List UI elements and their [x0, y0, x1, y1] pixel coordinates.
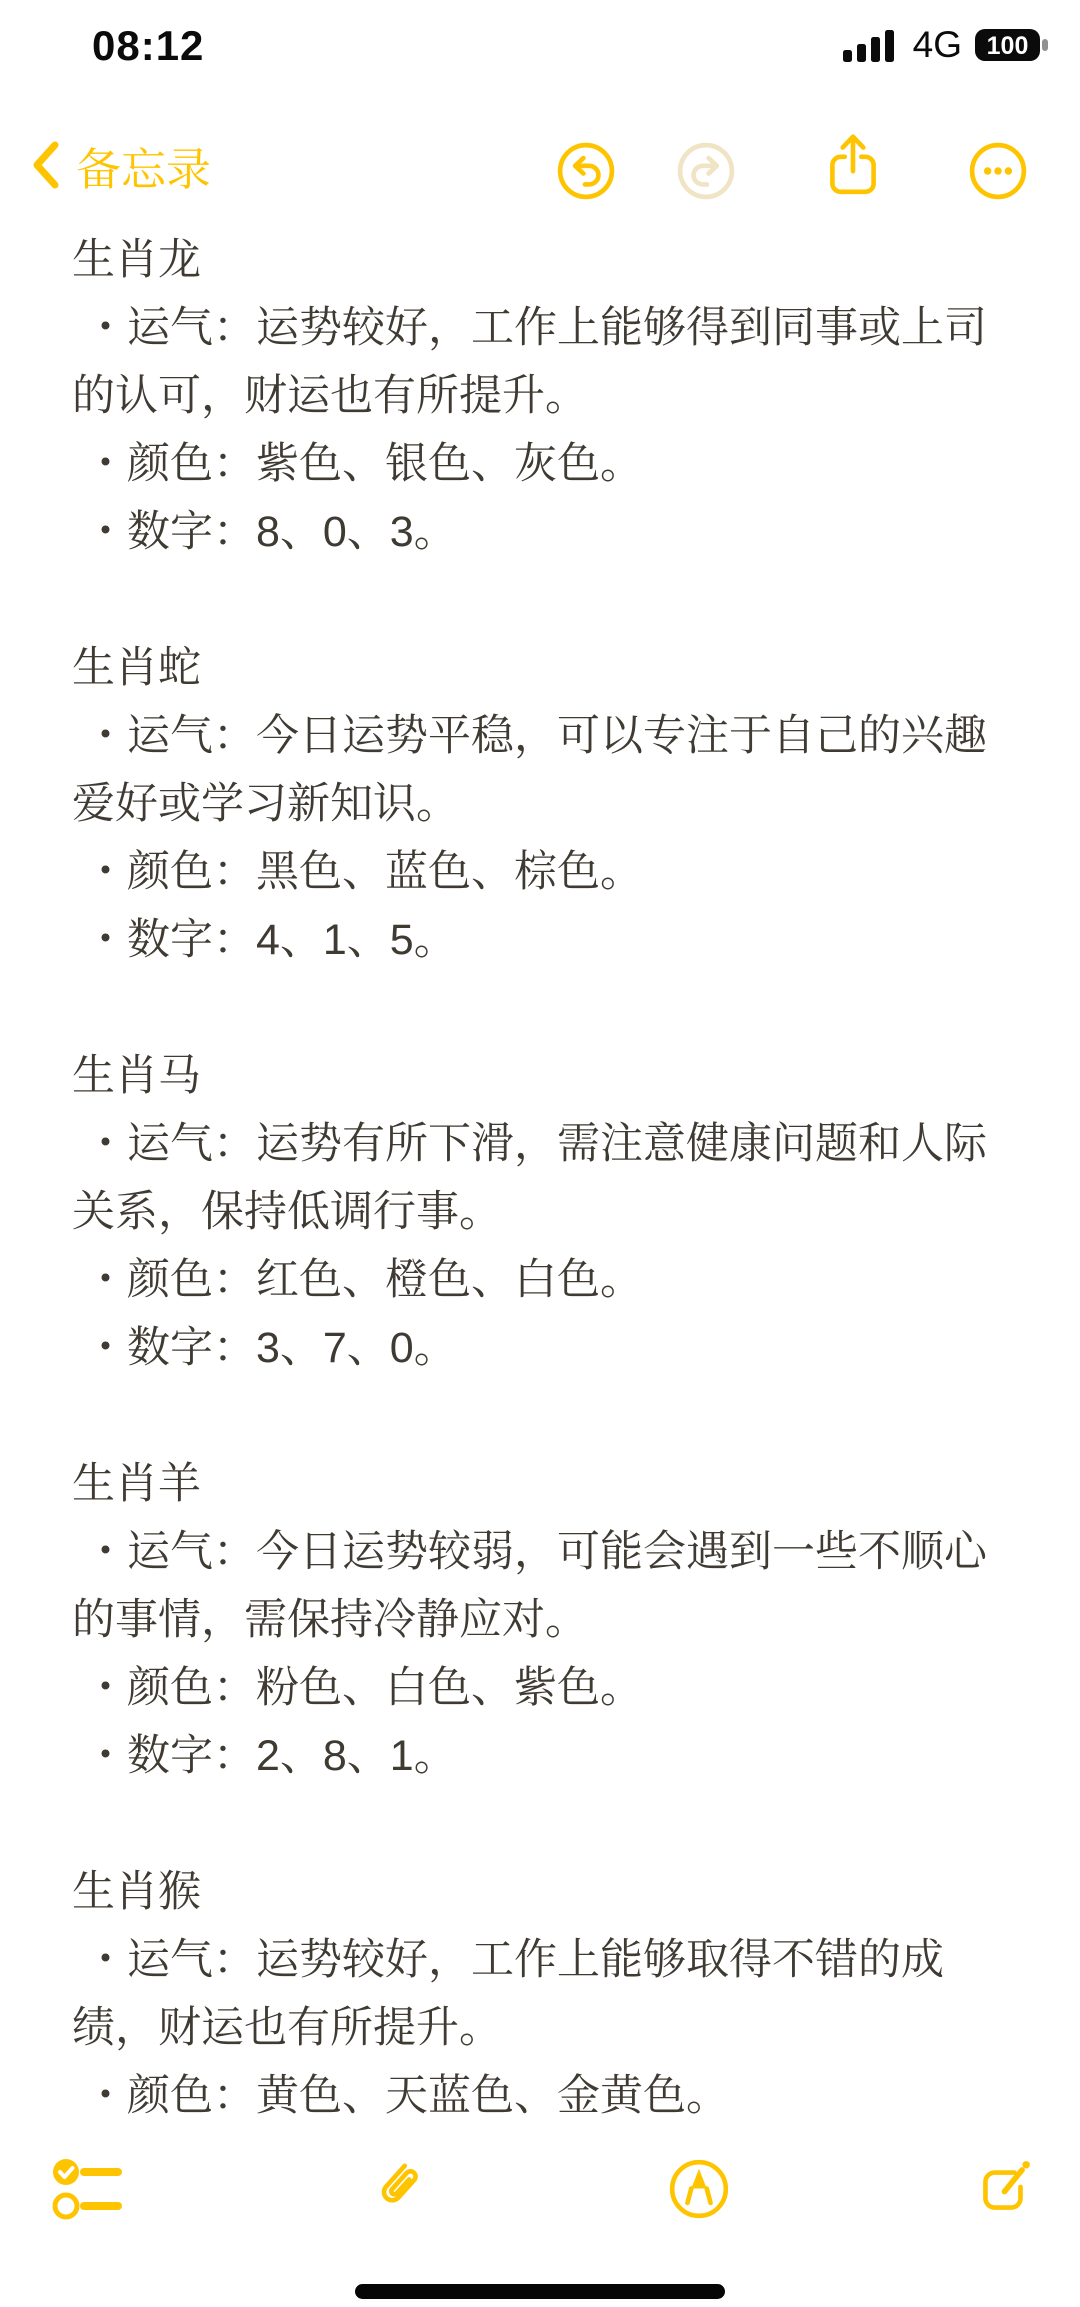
note-section: 生肖羊 ・运气：今日运势较弱，可能会遇到一些不顺心的事情，需保持冷静应对。 ・颜… [72, 1450, 1040, 1790]
note-section: 生肖蛇 ・运气：今日运势平稳，可以专注于自己的兴趣爱好或学习新知识。 ・颜色：黑… [72, 634, 1040, 974]
compose-icon [970, 2156, 1038, 2222]
note-line[interactable]: ・数字：8、0、3。 [72, 498, 1040, 566]
note-section-title[interactable]: 生肖猴 [72, 1858, 1040, 1926]
more-ellipsis-icon [969, 142, 1029, 200]
note-line[interactable]: ・运气：今日运势较弱，可能会遇到一些不顺心 [72, 1518, 1040, 1586]
undo-button[interactable] [557, 138, 617, 204]
attachment-button[interactable] [362, 2156, 428, 2222]
note-line[interactable]: ・颜色：红色、橙色、白色。 [72, 1246, 1040, 1314]
markup-button[interactable] [666, 2156, 732, 2222]
note-line[interactable]: ・数字：3、7、0。 [72, 1314, 1040, 1382]
back-button[interactable]: 备忘录 [30, 100, 211, 230]
note-section: 生肖龙 ・运气：运势较好，工作上能够得到同事或上司的认可，财运也有所提升。 ・颜… [72, 226, 1040, 566]
note-section-title[interactable]: 生肖龙 [72, 226, 1040, 294]
share-icon [824, 130, 884, 198]
note-line[interactable]: ・数字：2、8、1。 [72, 1722, 1040, 1790]
note-line[interactable]: 爱好或学习新知识。 [72, 770, 1040, 838]
note-line[interactable]: ・颜色：黄色、天蓝色、金黄色。 [72, 2062, 1040, 2130]
note-line[interactable]: 绩，财运也有所提升。 [72, 1994, 1040, 2062]
note-line[interactable]: ・颜色：紫色、银色、灰色。 [72, 430, 1040, 498]
markup-pen-icon [666, 2156, 732, 2222]
note-editor[interactable]: 生肖龙 ・运气：运势较好，工作上能够得到同事或上司的认可，财运也有所提升。 ・颜… [72, 226, 1040, 2198]
paperclip-icon [362, 2156, 428, 2222]
bottom-toolbar [0, 2150, 1080, 2250]
redo-icon [677, 142, 737, 200]
note-line[interactable]: 的认可，财运也有所提升。 [72, 362, 1040, 430]
note-section: 生肖马 ・运气：运势有所下滑，需注意健康问题和人际关系，保持低调行事。 ・颜色：… [72, 1042, 1040, 1382]
battery-percent-text: 100 [987, 32, 1029, 60]
note-line[interactable]: ・数字：4、1、5。 [72, 906, 1040, 974]
note-line[interactable]: ・颜色：粉色、白色、紫色。 [72, 1654, 1040, 1722]
compose-button[interactable] [970, 2156, 1038, 2222]
note-line[interactable]: ・运气：运势有所下滑，需注意健康问题和人际 [72, 1110, 1040, 1178]
status-right-cluster: 4G 100 [843, 24, 1052, 66]
note-section-title[interactable]: 生肖羊 [72, 1450, 1040, 1518]
note-line[interactable]: ・运气：运势较好，工作上能够得到同事或上司 [72, 294, 1040, 362]
share-button[interactable] [824, 130, 884, 196]
back-label: 备忘录 [76, 133, 211, 198]
note-section: 生肖猴 ・运气：运势较好，工作上能够取得不错的成绩，财运也有所提升。 ・颜色：黄… [72, 1858, 1040, 2130]
note-line[interactable]: ・运气：运势较好，工作上能够取得不错的成 [72, 1926, 1040, 1994]
note-line[interactable]: ・颜色：黑色、蓝色、棕色。 [72, 838, 1040, 906]
chevron-left-icon [30, 140, 60, 190]
redo-button[interactable] [677, 138, 737, 204]
note-section-title[interactable]: 生肖马 [72, 1042, 1040, 1110]
checklist-button[interactable] [52, 2156, 126, 2222]
home-indicator[interactable] [355, 2284, 725, 2299]
notes-app-screen: 08:12 4G 100 [0, 0, 1080, 2307]
undo-icon [557, 142, 617, 200]
status-time: 08:12 [92, 22, 204, 70]
battery-icon: 100 [974, 25, 1052, 65]
status-bar: 08:12 4G 100 [0, 0, 1080, 100]
signal-strength-icon [843, 25, 901, 65]
checklist-icon [52, 2156, 126, 2222]
nav-bar: 备忘录 [0, 100, 1080, 230]
network-type: 4G [913, 24, 962, 66]
note-line[interactable]: 的事情，需保持冷静应对。 [72, 1586, 1040, 1654]
note-line[interactable]: 关系，保持低调行事。 [72, 1178, 1040, 1246]
more-button[interactable] [969, 138, 1029, 204]
note-section-title[interactable]: 生肖蛇 [72, 634, 1040, 702]
note-line[interactable]: ・运气：今日运势平稳，可以专注于自己的兴趣 [72, 702, 1040, 770]
